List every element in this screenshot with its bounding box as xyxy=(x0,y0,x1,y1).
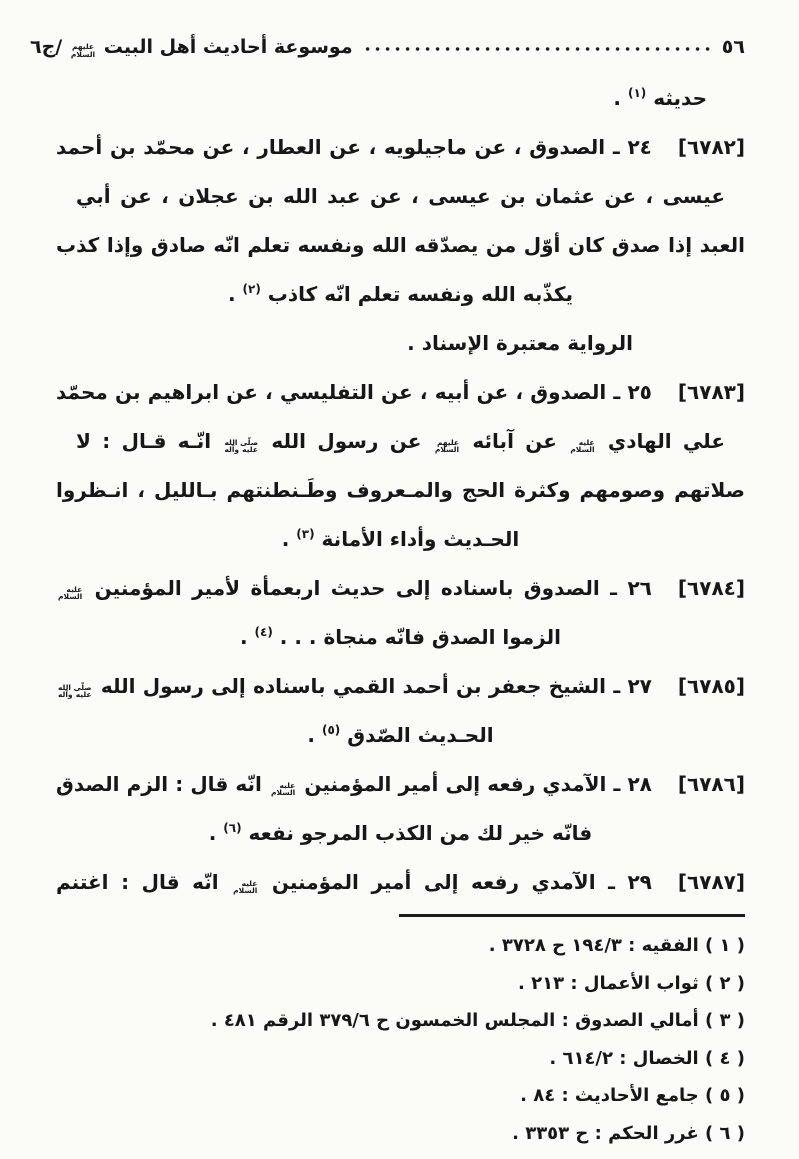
honorific-mark: عليهمالسلام xyxy=(435,439,459,454)
text-line: [٦٧٨٢]٢٤ ـ الصدوق ، عن ماجيلويه ، عن الع… xyxy=(56,123,745,172)
hadith-id: [٦٧٨٧] xyxy=(678,870,745,894)
footnote-item: ( ١ ) الفقيه : ١٩٤/٣ ح ٣٧٢٨ . xyxy=(54,927,745,965)
text-line: [٦٧٨٧]٢٩ ـ الآمدي رفعه إلى أمير المؤمنين… xyxy=(56,858,745,907)
text-line: الحـديث وأداء الأمانة (٣) . xyxy=(56,515,745,564)
volume-label: /ج٦ xyxy=(30,36,62,58)
dotted-leader xyxy=(361,42,714,52)
hadith-id: [٦٧٨٢] xyxy=(678,135,745,159)
page-number: ٥٦ xyxy=(722,36,745,60)
footnote-ref: (٤) xyxy=(255,625,273,639)
text-line: فانّه خير لك من الكذب المرجو نفعه (٦) . xyxy=(56,809,745,858)
text-line: العبد إذا صدق كان أوّل من يصدّقه الله ون… xyxy=(56,221,745,270)
footnote-ref: (٢) xyxy=(243,282,261,296)
hadith-id: [٦٧٨٤] xyxy=(678,576,745,600)
honorific-mark: عليهالسلام xyxy=(58,586,82,601)
footnote-item: ( ٣ ) أمالي الصدوق : المجلس الخمسون ح ٣٧… xyxy=(54,1002,745,1040)
hadith-id: [٦٧٨٥] xyxy=(678,674,745,698)
honorific-mark: صلّى اللهعليه وآله xyxy=(58,684,92,699)
honorific-mark: عليهالسلام xyxy=(271,782,295,797)
honorific-mark: عليهالسلام xyxy=(233,880,257,895)
footnote-item: ( ٤ ) الخصال : ٦١٤/٢ . xyxy=(54,1040,745,1078)
honorific-mark: صلّى اللهعليه وآله xyxy=(224,439,258,454)
footnote-item: ( ٦ ) غرر الحكم : ح ٣٣٥٣ . xyxy=(54,1115,745,1153)
text-line: عيسى ، عن عثمان بن عيسى ، عن عبد الله بن… xyxy=(56,172,745,221)
book-title-group: موسوعة أحاديث أهل البيت عليهمالسلام /ج٦ xyxy=(30,36,353,61)
footnote-ref: (١) xyxy=(628,86,646,100)
text-line: صلاتهم وصومهم وكثرة الحج والمـعروف وطَـن… xyxy=(56,466,745,515)
hadith-id: [٦٧٨٦] xyxy=(678,772,745,796)
book-page: { "colors": { "paper": "#fbfbf8", "ink":… xyxy=(0,0,799,1159)
text-line: [٦٧٨٦]٢٨ ـ الآمدي رفعه إلى أمير المؤمنين… xyxy=(56,760,745,809)
footnote-item: ( ٢ ) ثواب الأعمال : ٢١٣ . xyxy=(54,965,745,1003)
footnote-ref: (٦) xyxy=(223,821,241,835)
body-lines: حديثه (١) .[٦٧٨٢]٢٤ ـ الصدوق ، عن ماجيلو… xyxy=(56,74,745,907)
text-line: حديثه (١) . xyxy=(56,74,745,123)
text-line: [٦٧٨٤]٢٦ ـ الصدوق باسناده إلى حديث اربعم… xyxy=(56,564,745,613)
honorific-mark: عليهالسلام xyxy=(570,439,594,454)
footnote-separator xyxy=(399,914,745,917)
text-line: يكذّبه الله ونفسه تعلم انّه كاذب (٢) . xyxy=(56,270,745,319)
text-line: [٦٧٨٣]٢٥ ـ الصدوق ، عن أبيه ، عن التفليس… xyxy=(56,368,745,417)
honorific-mark: عليهمالسلام xyxy=(71,43,95,58)
footnote-ref: (٣) xyxy=(296,527,314,541)
text-line: [٦٧٨٥]٢٧ ـ الشيخ جعفر بن أحمد القمي باسن… xyxy=(56,662,745,711)
text-line: علي الهادي عليهالسلام عن آبائه عليهمالسل… xyxy=(56,417,745,466)
hadith-id: [٦٧٨٣] xyxy=(678,380,745,404)
text-line: الحـديث الصّدق (٥) . xyxy=(56,711,745,760)
text-line: الزموا الصدق فانّه منجاة . . . (٤) . xyxy=(56,613,745,662)
text-line: الرواية معتبرة الإسناد . xyxy=(56,319,745,368)
footnotes-list: ( ١ ) الفقيه : ١٩٤/٣ ح ٣٧٢٨ .( ٢ ) ثواب … xyxy=(54,927,745,1152)
book-title: موسوعة أحاديث أهل البيت xyxy=(104,36,353,58)
footnote-ref: (٥) xyxy=(322,723,340,737)
page-header: ٥٦ موسوعة أحاديث أهل البيت عليهمالسلام /… xyxy=(30,24,745,60)
footnote-item: ( ٥ ) جامع الأحاديث : ٨٤ . xyxy=(54,1077,745,1115)
